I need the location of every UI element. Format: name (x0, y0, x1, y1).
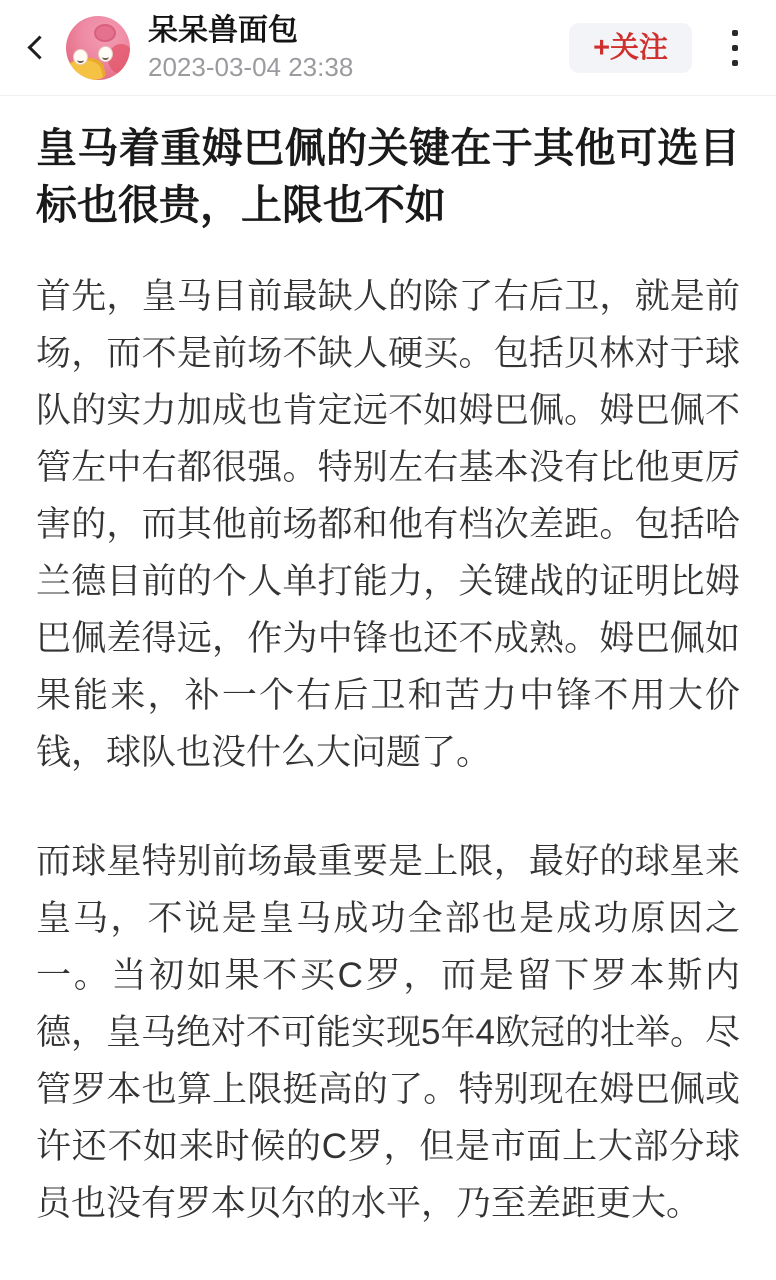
avatar-eye-right (98, 46, 113, 62)
kebab-dot (732, 45, 738, 51)
chevron-left-icon (27, 35, 51, 59)
post-content: 皇马着重姆巴佩的关键在于其他可选目标也很贵，上限也不如 首先，皇马目前最缺人的除… (0, 120, 776, 1232)
follow-button[interactable]: +关注 (569, 23, 692, 73)
post-paragraph-1: 首先，皇马目前最缺人的除了右后卫，就是前场，而不是前场不缺人硬买。包括贝林对于球… (36, 268, 740, 781)
kebab-dot (732, 30, 738, 36)
user-info: 呆呆兽面包 2023-03-04 23:38 (148, 14, 569, 82)
post-timestamp: 2023-03-04 23:38 (148, 53, 569, 82)
post-title: 皇马着重姆巴佩的关键在于其他可选目标也很贵，上限也不如 (36, 120, 740, 234)
post-paragraph-2: 而球星特别前场最重要是上限，最好的球星来皇马，不说是皇马成功全部也是成功原因之一… (36, 833, 740, 1232)
post-page: 呆呆兽面包 2023-03-04 23:38 +关注 皇马着重姆巴佩的关键在于其… (0, 0, 776, 1280)
kebab-dot (732, 60, 738, 66)
avatar[interactable] (66, 16, 130, 80)
avatar-swirl-decor (94, 24, 116, 42)
more-options-button[interactable] (722, 20, 748, 76)
avatar-eye-left (73, 49, 88, 65)
back-button[interactable] (14, 16, 58, 80)
username[interactable]: 呆呆兽面包 (148, 14, 569, 47)
header: 呆呆兽面包 2023-03-04 23:38 +关注 (0, 0, 776, 96)
